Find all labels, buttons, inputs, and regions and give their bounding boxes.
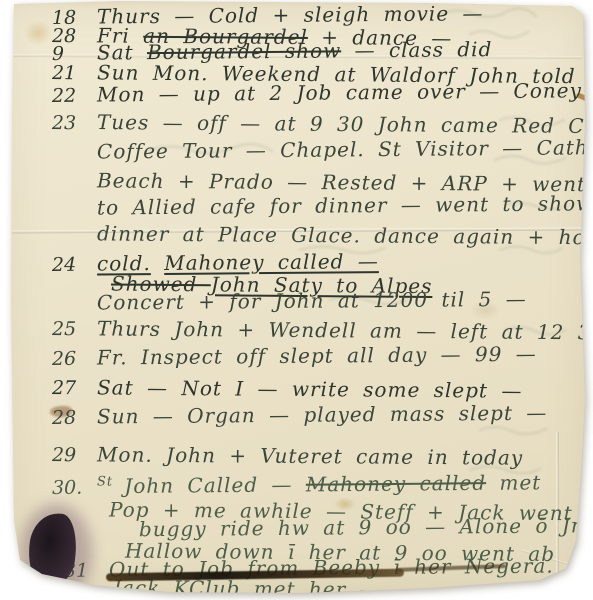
entry-text: St John Called — Mahoney called met [97,467,542,497]
diary-line: buggy ride hw at 9 oo — Alone ō Jr [46,515,591,542]
entry-text: Coffee Tour — Chapel. St Visitor — Cathe… [97,135,593,162]
entry-text: buggy ride hw at 9 oo — Alone ō Jr [139,515,582,541]
scanned-diary-page: 18Thurs — Cold + sleigh movie —28Fri an … [0,0,593,600]
diary-line: Coffee Tour — Chapel. St Visitor — Cathe… [46,136,591,163]
day-number: 23 [46,112,97,134]
diary-line: 26Fr. Inspect off slept all day — 99 — [46,342,591,370]
day-number: 22 [46,85,97,107]
paper-shadow: 18Thurs — Cold + sleigh movie —28Fri an … [0,0,593,600]
diary-line: 23Tues — off — at 9 30 John came Red Cro… [46,107,591,138]
diary-line: 22Mon — up at 2 Job came over — Coney Is… [46,79,591,107]
entry-text: Tues — off — at 9 30 John came Red Cross… [97,107,593,137]
entry-text: Mon. John + Vuteret came in today [97,443,523,468]
diary-line: 30.St John Called — Mahoney called met [46,467,591,498]
diary-line: 28Sun — Organ — played mass slept — [46,401,591,429]
day-number: 27 [46,377,97,399]
day-number: 28 [46,406,97,428]
entry-text: Sat — Not I — write some slept — [97,376,523,401]
entry-text: cold. Mahoney called — [97,250,379,274]
entry-text: Thurs John + Wendell am — left at 12 30 … [97,317,593,343]
entry-text: dinner at Place Glace. dance again + hom… [97,222,593,248]
diary-line: 27Sat — Not I — write some slept — [46,376,591,403]
entry-text: Sun — Organ — played mass slept — [97,401,548,427]
diary-line: dinner at Place Glace. dance again + hom… [46,222,591,248]
diary-line: Concert + for John at 1200 til 5 — [46,287,591,314]
diary-lines: 18Thurs — Cold + sleigh movie —28Fri an … [46,0,591,598]
day-number: 26 [46,347,97,369]
day-number: 30. [46,476,97,498]
entry-text: to Allied cafe for dinner — went to show [97,192,593,218]
entry-text: Fr. Inspect off slept all day — 99 — [97,342,537,368]
diary-line: 29Mon. John + Vuteret came in today [46,443,591,470]
day-number: 21 [46,62,97,84]
paper-sheet: 18Thurs — Cold + sleigh movie —28Fri an … [0,0,593,600]
entry-text: Sat Bourgardel show — class did [97,38,493,63]
diary-line: to Allied cafe for dinner — went to show [46,192,591,219]
diary-line: 25Thurs John + Wendell am — left at 12 3… [46,317,591,344]
day-number: 25 [46,318,97,340]
day-number: 29 [46,444,97,466]
entry-text: Concert + for John at 1200 til 5 — [97,287,527,313]
entry-text: Mon — up at 2 Job came over — Coney Isla… [97,78,593,105]
